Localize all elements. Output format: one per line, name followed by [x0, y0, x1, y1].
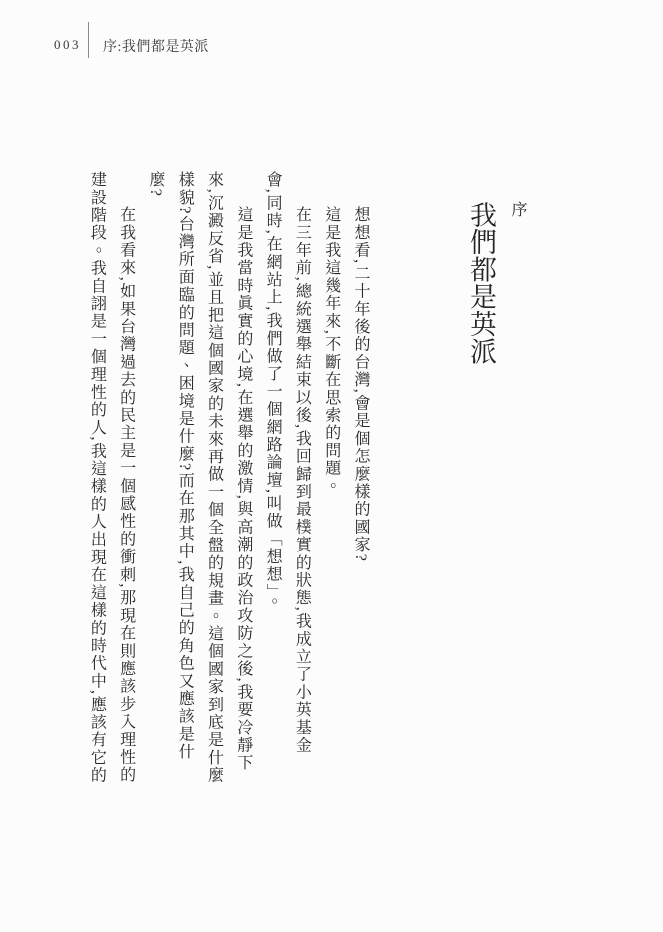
text-column: 在三年前,總統選舉結束以後,我回歸到最樸實的狀態,我成立了小英基金 — [287, 171, 316, 813]
text-column: 麼? — [141, 171, 170, 813]
text-column: 想想看,二十年後的台灣,會是個怎麼樣的國家? — [346, 171, 375, 813]
body-text: 想想看,二十年後的台灣,會是個怎麼樣的國家? 這是我這幾年來,不斷在思索的問題。… — [82, 171, 375, 813]
text-column: 這是我當時眞實的心境,在選舉的激情,與高潮的政治攻防之後,我要冷靜下 — [229, 171, 258, 813]
book-page: 003 序:我們都是英派 序 我們都是英派 想想看,二十年後的台灣,會是個怎麼樣… — [0, 0, 663, 932]
text-column: 來,沉澱反省,並且把這個國家的未來再做一個全盤的規畫。這個國家到底是什麼 — [199, 171, 228, 813]
running-head-title: 序:我們都是英派 — [103, 36, 209, 56]
text-column: 這是我這幾年來,不斷在思索的問題。 — [316, 171, 345, 813]
chapter-title: 我們都是英派 — [462, 201, 501, 365]
page-number: 003 — [54, 37, 81, 53]
text-column: 在我看來,如果台灣過去的民主是一個感性的衝刺,那現在則應該步入理性的 — [111, 171, 140, 813]
section-label: 序 — [506, 201, 529, 219]
text-column: 建設階段。我自詡是一個理性的人,我這樣的人出現在這樣的時代中,應該有它的 — [82, 171, 111, 813]
header-divider — [88, 22, 89, 58]
text-column: 會,同時,在網站上,我們做了一個網路論壇,叫做「想想」。 — [258, 171, 287, 813]
text-column: 樣貌?台灣所面臨的問題、困境是什麼?而在那其中,我自己的角色又應該是什 — [170, 171, 199, 813]
